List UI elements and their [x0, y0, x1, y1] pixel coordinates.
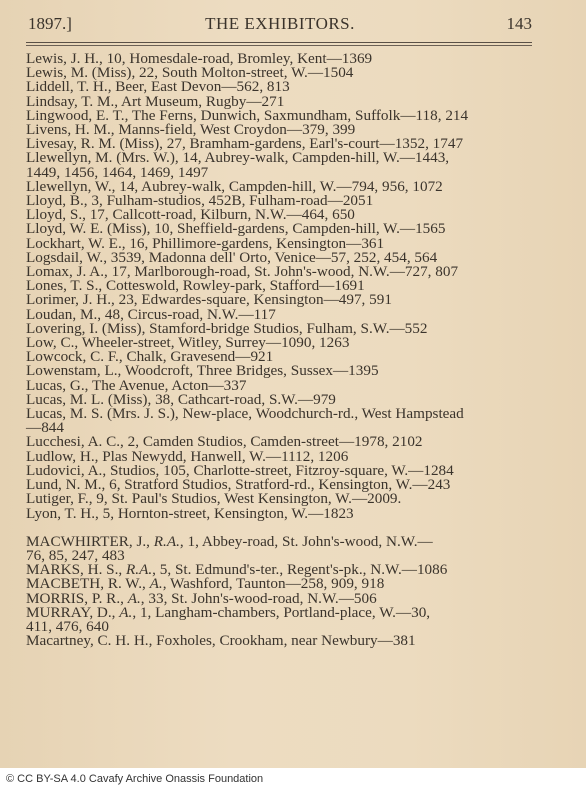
running-head-title: THE EXHIBITORS. — [28, 14, 532, 34]
exhibitor-entry: MURRAY, D., A., 1, Langham-chambers, Por… — [26, 606, 546, 634]
exhibitor-list: Lewis, J. H., 10, Homesdale-road, Bromle… — [26, 52, 546, 648]
exhibitor-entry: Llewellyn, M. (Mrs. W.), 14, Aubrey-walk… — [26, 151, 546, 179]
academy-honor: A. — [119, 604, 132, 621]
exhibitor-entry: Lucas, M. S. (Mrs. J. S.), New-place, Wo… — [26, 407, 546, 435]
exhibitor-entry: Macartney, C. H. H., Foxholes, Crookham,… — [26, 634, 546, 648]
book-page: 1897.] THE EXHIBITORS. 143 Lewis, J. H.,… — [0, 0, 586, 768]
entry-name: Macartney, C. H. H., Foxholes, Crookham,… — [26, 632, 416, 649]
running-head: 1897.] THE EXHIBITORS. 143 — [28, 14, 532, 36]
exhibitor-entry: Lyon, T. H., 5, Hornton-street, Kensingt… — [26, 507, 546, 521]
entry-text: Lyon, T. H., 5, Hornton-street, Kensingt… — [26, 505, 354, 522]
page-number: 143 — [507, 14, 533, 34]
exhibitor-entry: MACWHIRTER, J., R.A., 1, Abbey-road, St.… — [26, 535, 546, 563]
exhibitors-m-section: MACWHIRTER, J., R.A., 1, Abbey-road, St.… — [26, 535, 546, 649]
entry-address: , 1, Langham-chambers, Portland-place, W… — [132, 604, 430, 621]
copyright-credit: © CC BY-SA 4.0 Cavafy Archive Onassis Fo… — [6, 773, 263, 785]
entry-text: Lucas, M. S. (Mrs. J. S.), New-place, Wo… — [26, 405, 464, 422]
exhibitors-l-section: Lewis, J. H., 10, Homesdale-road, Bromle… — [26, 52, 546, 521]
entry-address: , 1, Abbey-road, St. John's-wood, N.W.— — [180, 533, 433, 550]
header-double-rule — [26, 42, 532, 46]
academy-honor: R.A. — [154, 533, 180, 550]
